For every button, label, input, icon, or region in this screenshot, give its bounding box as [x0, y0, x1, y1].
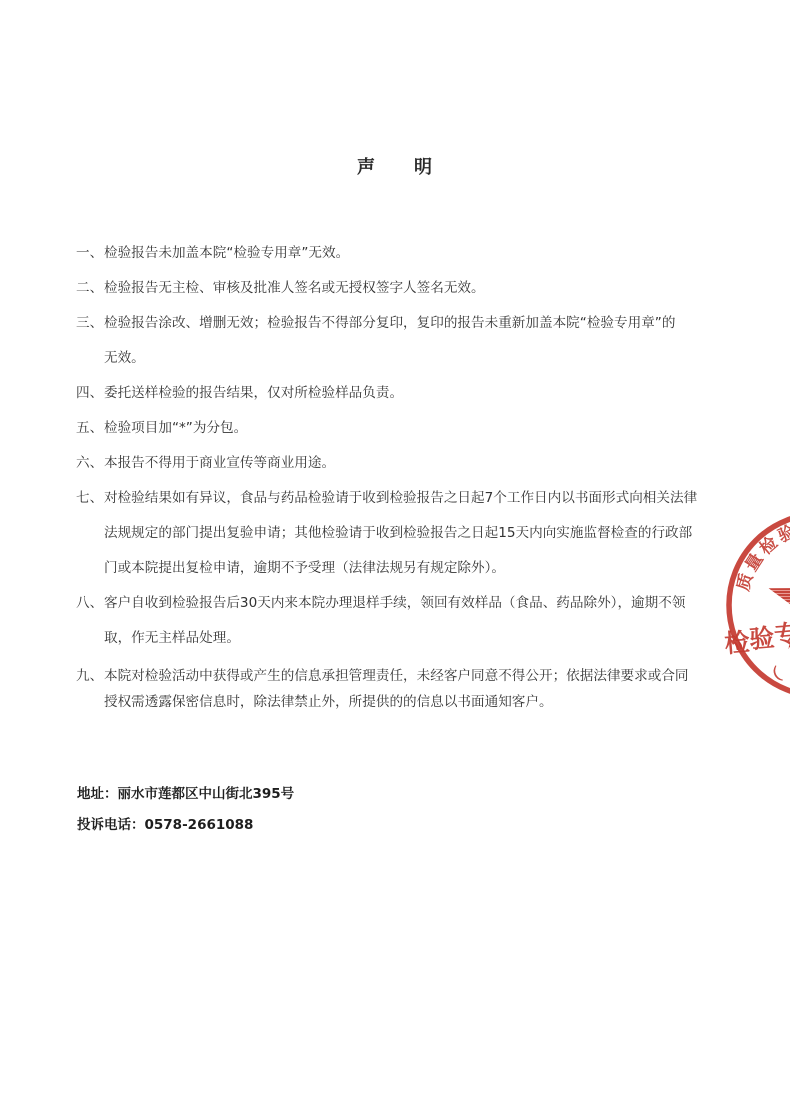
seal-arc-char: 检 — [755, 532, 782, 560]
statement-item: 四、委托送样检验的报告结果，仅对所检验样品负责。 — [76, 376, 736, 411]
item-line: 检验报告无主检、审核及批准人签名或无授权签字人签名无效。 — [104, 271, 736, 306]
item-number: 一、 — [76, 236, 103, 271]
item-number: 六、 — [76, 446, 103, 481]
statement-item: 二、检验报告无主检、审核及批准人签名或无授权签字人签名无效。 — [76, 271, 736, 306]
item-line: 客户自收到检验报告后30天内来本院办理退样手续，领回有效样品（食品、药品除外），… — [104, 586, 736, 621]
footer: 地址：丽水市莲都区中山街北395号 投诉电话：0578-2661088 — [77, 779, 294, 841]
statement-item: 一、检验报告未加盖本院“检验专用章”无效。 — [76, 236, 736, 271]
seal-arc-char: 量 — [742, 550, 768, 575]
item-line: 委托送样检验的报告结果，仅对所检验样品负责。 — [104, 376, 736, 411]
item-line: 检验报告涂改、增删无效；检验报告不得部分复印，复印的报告未重新加盖本院“检验专用… — [104, 306, 736, 341]
item-number: 三、 — [76, 306, 103, 341]
seal-arc-char: 质 — [732, 571, 757, 593]
seal-band-char: 专 — [773, 619, 790, 650]
statement-item: 六、本报告不得用于商业宣传等商业用途。 — [76, 446, 736, 481]
seal-paren-char: （ — [761, 664, 785, 690]
page-title: 声 明 — [0, 153, 790, 179]
item-line: 本报告不得用于商业宣传等商业用途。 — [104, 446, 736, 481]
statement-item: 五、检验项目加“*”为分包。 — [76, 411, 736, 446]
statement-items: 一、检验报告未加盖本院“检验专用章”无效。二、检验报告无主检、审核及批准人签名或… — [76, 236, 736, 715]
statement-item: 九、本院对检验活动中获得或产生的信息承担管理责任，未经客户同意不得公开；依据法律… — [76, 663, 736, 715]
item-line: 本院对检验活动中获得或产生的信息承担管理责任，未经客户同意不得公开；依据法律要求… — [104, 663, 736, 689]
complaint-phone-line: 投诉电话：0578-2661088 — [77, 810, 294, 841]
item-number: 二、 — [76, 271, 103, 306]
item-number: 七、 — [76, 481, 103, 516]
item-line: 检验项目加“*”为分包。 — [104, 411, 736, 446]
item-number: 九、 — [76, 663, 103, 689]
item-line: 授权需透露保密信息时，除法律禁止外，所提供的的信息以书面通知客户。 — [104, 689, 736, 715]
statement-page: 声 明 一、检验报告未加盖本院“检验专用章”无效。二、检验报告无主检、审核及批准… — [0, 0, 790, 1117]
statement-item: 八、客户自收到检验报告后30天内来本院办理退样手续，领回有效样品（食品、药品除外… — [76, 586, 736, 656]
seal-arc-char: 验 — [775, 521, 790, 547]
seal-band-char: 验 — [748, 623, 775, 654]
item-line: 门或本院提出复检申请，逾期不予受理（法律法规另有规定除外）。 — [104, 551, 736, 586]
statement-item: 七、对检验结果如有异议，食品与药品检验请于收到检验报告之日起7个工作日内以书面形… — [76, 481, 736, 586]
item-line: 取，作无主样品处理。 — [104, 621, 736, 656]
item-number: 四、 — [76, 376, 103, 411]
item-line: 检验报告未加盖本院“检验专用章”无效。 — [104, 236, 736, 271]
item-line: 法规规定的部门提出复验申请；其他检验请于收到检验报告之日起15天内向实施监督检查… — [104, 516, 736, 551]
item-line: 无效。 — [104, 341, 736, 376]
item-line: 对检验结果如有异议，食品与药品检验请于收到检验报告之日起7个工作日内以书面形式向… — [104, 481, 736, 516]
seal-star-icon — [769, 551, 790, 649]
item-number: 八、 — [76, 586, 103, 621]
item-number: 五、 — [76, 411, 103, 446]
address-line: 地址：丽水市莲都区中山街北395号 — [77, 779, 294, 810]
seal-ring — [729, 514, 790, 696]
statement-item: 三、检验报告涂改、增删无效；检验报告不得部分复印，复印的报告未重新加盖本院“检验… — [76, 306, 736, 376]
